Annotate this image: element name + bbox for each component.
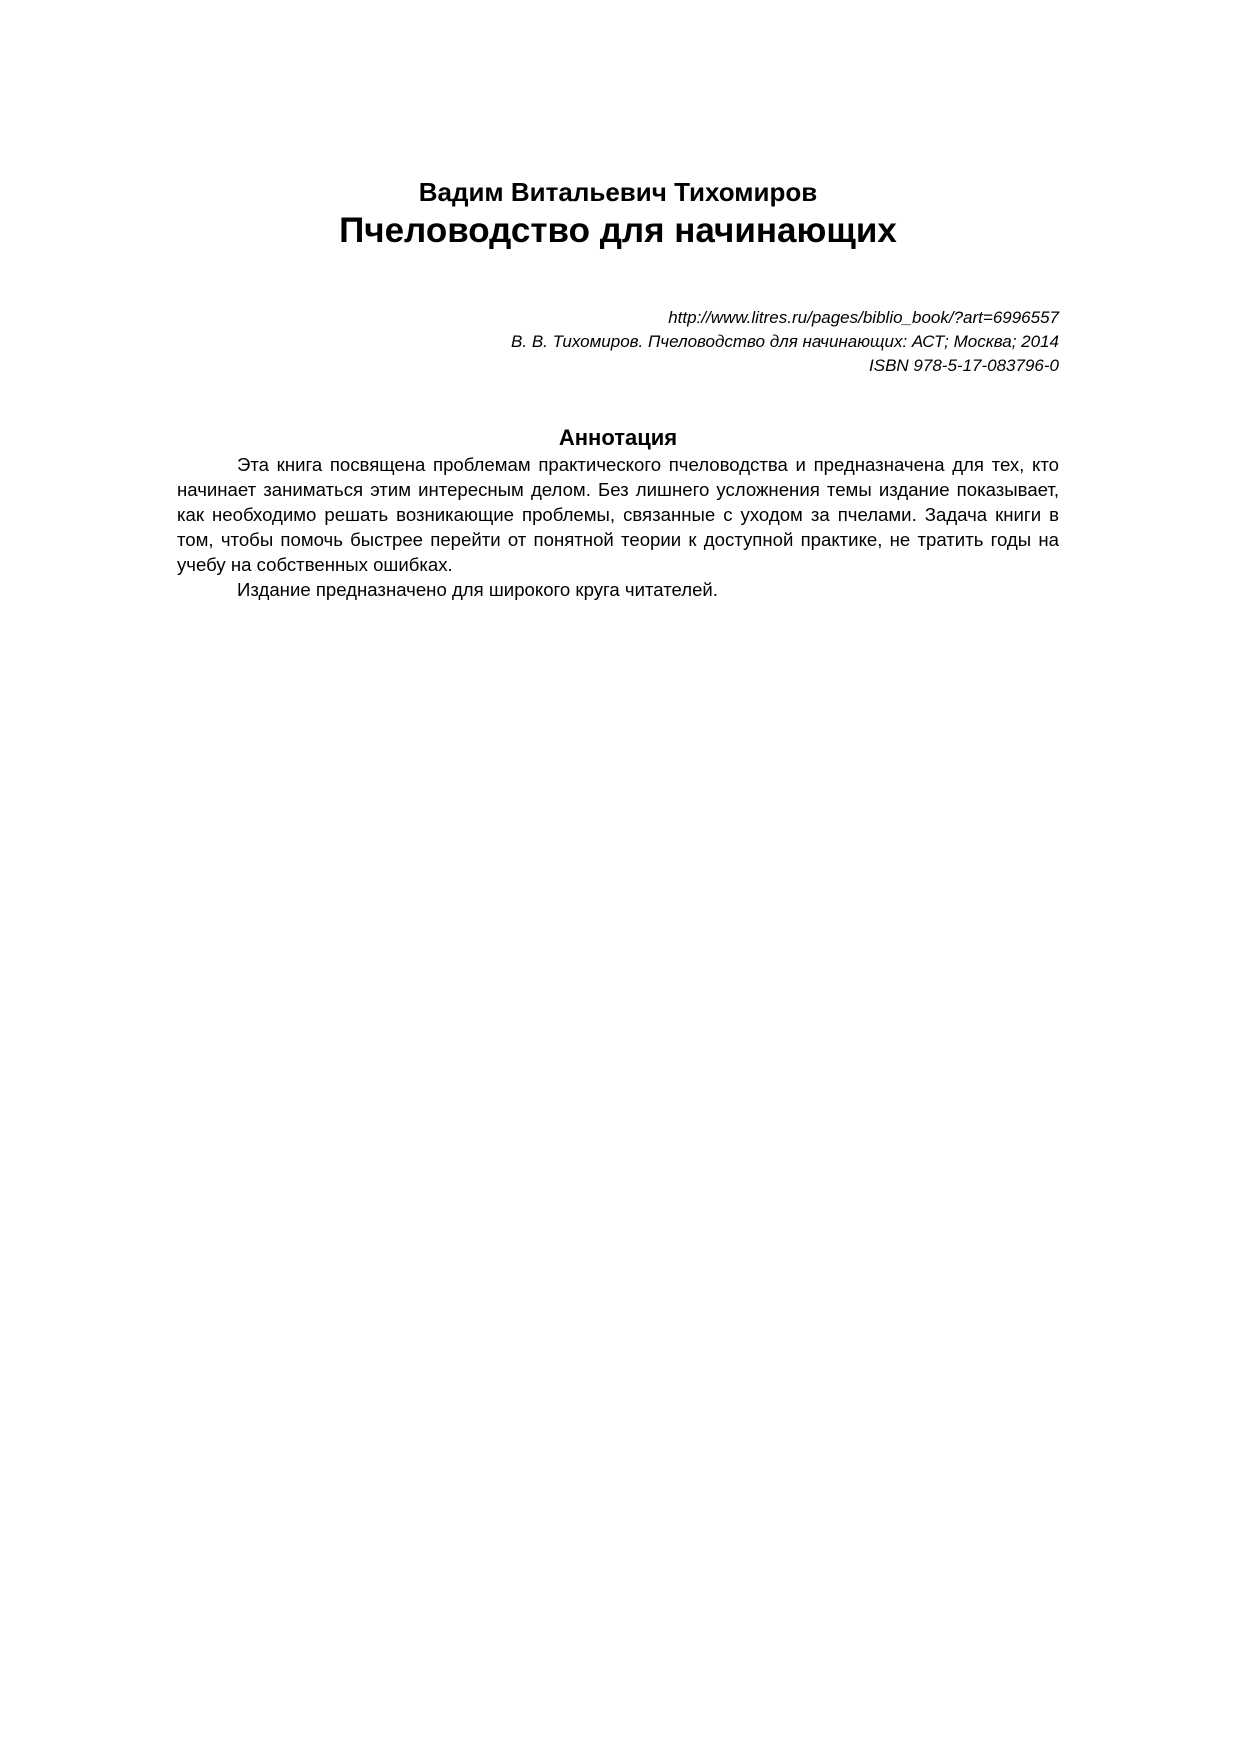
annotation-body: Эта книга посвящена проблемам практическ… — [177, 452, 1059, 602]
book-title: Пчеловодство для начинающих — [177, 210, 1059, 252]
isbn: ISBN 978-5-17-083796-0 — [177, 354, 1059, 378]
annotation-paragraph: Издание предназначено для широкого круга… — [177, 577, 1059, 602]
source-url: http://www.litres.ru/pages/biblio_book/?… — [177, 306, 1059, 330]
author-name: Вадим Витальевич Тихомиров — [177, 176, 1059, 208]
annotation-heading: Аннотация — [177, 424, 1059, 452]
citation: В. В. Тихомиров. Пчеловодство для начина… — [177, 330, 1059, 354]
publication-meta: http://www.litres.ru/pages/biblio_book/?… — [177, 306, 1059, 378]
annotation-paragraph: Эта книга посвящена проблемам практическ… — [177, 452, 1059, 577]
